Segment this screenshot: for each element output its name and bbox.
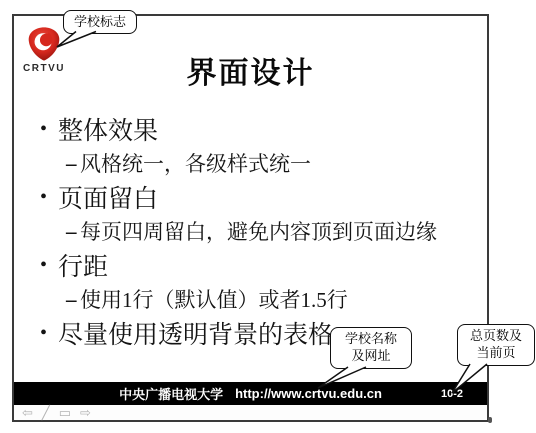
callout-text: 学校标志 bbox=[74, 14, 126, 31]
slide-frame: CRTVU 界面设计 • 整体效果 – 风格统一，各级样式统一 • 页面留白 bbox=[12, 14, 489, 422]
callout-tail bbox=[50, 30, 110, 52]
bullet-text: 整体效果 bbox=[58, 111, 158, 147]
bullet-item: • 尽量使用透明背景的表格 bbox=[38, 316, 479, 350]
nav-forward-icon[interactable]: ⇨ bbox=[80, 406, 91, 419]
bullet-marker: • bbox=[40, 118, 58, 141]
sub-bullet-item: – 风格统一，各级样式统一 bbox=[66, 146, 479, 180]
callout-tail bbox=[310, 365, 380, 391]
bullet-text: 尽量使用透明背景的表格 bbox=[58, 315, 333, 351]
callout-school-name-url: 学校名称 及网址 bbox=[330, 327, 412, 369]
sub-bullet-item: – 每页四周留白，避免内容顶到页面边缘 bbox=[66, 214, 479, 248]
dash-marker: – bbox=[66, 151, 80, 176]
slide-title: 界面设计 bbox=[14, 48, 487, 92]
screenshot-stage: CRTVU 界面设计 • 整体效果 – 风格统一，各级样式统一 • 页面留白 bbox=[0, 0, 536, 433]
pen-icon[interactable]: ╱ bbox=[42, 406, 50, 419]
slide-body: • 整体效果 – 风格统一，各级样式统一 • 页面留白 – 每页四周留白，避免内… bbox=[38, 112, 479, 350]
callout-text-line1: 总页数及 bbox=[470, 328, 522, 345]
sub-bullet-text: 风格统一，各级样式统一 bbox=[80, 148, 311, 178]
bullet-marker: • bbox=[40, 186, 58, 209]
bullet-text: 行距 bbox=[58, 247, 108, 283]
slide-menu-icon[interactable]: ▭ bbox=[59, 406, 71, 419]
bullet-text: 页面留白 bbox=[58, 179, 158, 215]
callout-text-line1: 学校名称 bbox=[345, 331, 397, 348]
nav-back-icon[interactable]: ⇦ bbox=[22, 406, 33, 419]
bullet-item: • 整体效果 bbox=[38, 112, 479, 146]
sub-bullet-item: – 使用1行（默认值）或者1.5行 bbox=[66, 282, 479, 316]
slide-footer-bar: 中央广播电视大学 http://www.crtvu.edu.cn 10-2 bbox=[14, 382, 487, 405]
bullet-item: • 页面留白 bbox=[38, 180, 479, 214]
bullet-marker: • bbox=[40, 322, 58, 345]
frame-corner-shadow bbox=[488, 417, 492, 423]
slideshow-toolbar: ⇦ ╱ ▭ ⇨ bbox=[14, 405, 487, 420]
callout-tail bbox=[444, 362, 504, 396]
dash-marker: – bbox=[66, 219, 80, 244]
callout-text-line2: 及网址 bbox=[351, 348, 390, 365]
callout-page-count: 总页数及 当前页 bbox=[457, 324, 535, 366]
slide-area: CRTVU 界面设计 • 整体效果 – 风格统一，各级样式统一 • 页面留白 bbox=[14, 16, 487, 382]
bullet-marker: • bbox=[40, 254, 58, 277]
bullet-item: • 行距 bbox=[38, 248, 479, 282]
sub-bullet-text: 使用1行（默认值）或者1.5行 bbox=[80, 284, 348, 314]
callout-text-line2: 当前页 bbox=[476, 345, 515, 362]
dash-marker: – bbox=[66, 287, 80, 312]
footer-school-name: 中央广播电视大学 bbox=[119, 384, 223, 403]
sub-bullet-text: 每页四周留白，避免内容顶到页面边缘 bbox=[80, 216, 437, 246]
